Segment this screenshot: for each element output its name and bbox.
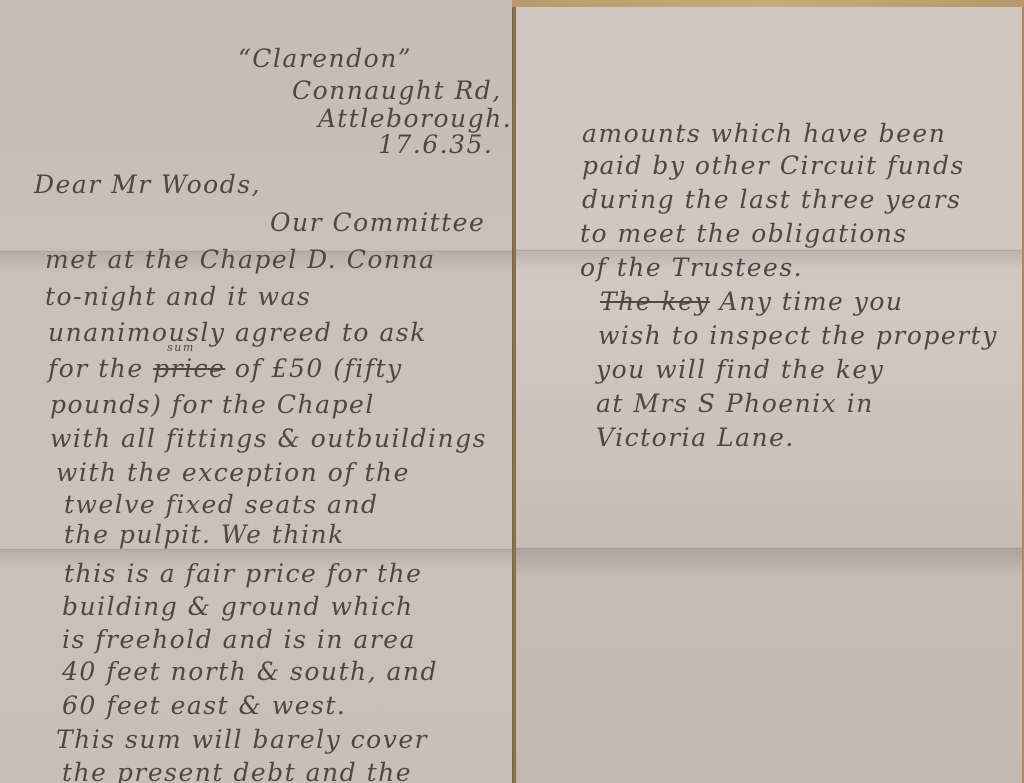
body-line: at Mrs S Phoenix in bbox=[596, 391, 874, 416]
body-line: This sum will barely cover bbox=[56, 727, 428, 752]
letter-page-left: “Clarendon” Connaught Rd, Attleborough. … bbox=[0, 0, 512, 783]
body-line: 60 feet east & west. bbox=[62, 693, 346, 718]
salutation: Dear Mr Woods, bbox=[34, 172, 261, 197]
body-line-with-correction: for the sum price of £50 (fifty bbox=[48, 356, 403, 381]
body-line: wish to inspect the property bbox=[598, 323, 998, 348]
town: Attleborough. bbox=[318, 106, 512, 131]
letter-page-right: amounts which have been paid by other Ci… bbox=[516, 7, 1022, 783]
body-line: 40 feet north & south, and bbox=[62, 659, 438, 684]
date: 17.6.35. bbox=[378, 132, 493, 157]
fold-crease bbox=[516, 547, 1022, 577]
wooden-table-edge bbox=[512, 0, 1024, 7]
fold-line bbox=[516, 547, 1022, 549]
house-name: “Clarendon” bbox=[238, 46, 412, 71]
body-line: of the Trustees. bbox=[580, 255, 803, 280]
body-line: is freehold and is in area bbox=[62, 627, 416, 652]
body-line: amounts which have been bbox=[582, 121, 946, 146]
struck-words: The key bbox=[600, 287, 710, 316]
body-line: met at the Chapel D. Conna bbox=[45, 247, 436, 272]
body-line: pounds) for the Chapel bbox=[50, 392, 375, 417]
fold-line bbox=[516, 249, 1022, 251]
body-line: paid by other Circuit funds bbox=[582, 153, 965, 178]
struck-word: price bbox=[153, 354, 225, 383]
body-line: you will find the key bbox=[596, 357, 884, 382]
body-line: twelve fixed seats and bbox=[64, 492, 379, 517]
body-line: with all fittings & outbuildings bbox=[50, 426, 487, 451]
body-line: to meet the obligations bbox=[580, 221, 908, 246]
text-before: for the bbox=[48, 354, 144, 383]
body-line: Victoria Lane. bbox=[596, 425, 795, 450]
body-line: building & ground which bbox=[62, 594, 414, 619]
street: Connaught Rd, bbox=[292, 78, 502, 103]
body-line-with-correction: The key Any time you bbox=[600, 289, 904, 314]
inserted-word: sum bbox=[167, 342, 195, 353]
text-after: of £50 (fifty bbox=[235, 354, 403, 383]
body-line: the pulpit. We think bbox=[64, 522, 345, 547]
body-line: during the last three years bbox=[582, 187, 961, 212]
body-line: Our Committee bbox=[270, 210, 485, 235]
body-line: unanimously agreed to ask bbox=[48, 320, 427, 345]
body-line: to-night and it was bbox=[45, 284, 311, 309]
body-line: the present debt and the bbox=[62, 760, 412, 783]
body-line: this is a fair price for the bbox=[64, 561, 422, 586]
text-after: Any time you bbox=[720, 287, 904, 316]
body-line: with the exception of the bbox=[56, 460, 410, 485]
